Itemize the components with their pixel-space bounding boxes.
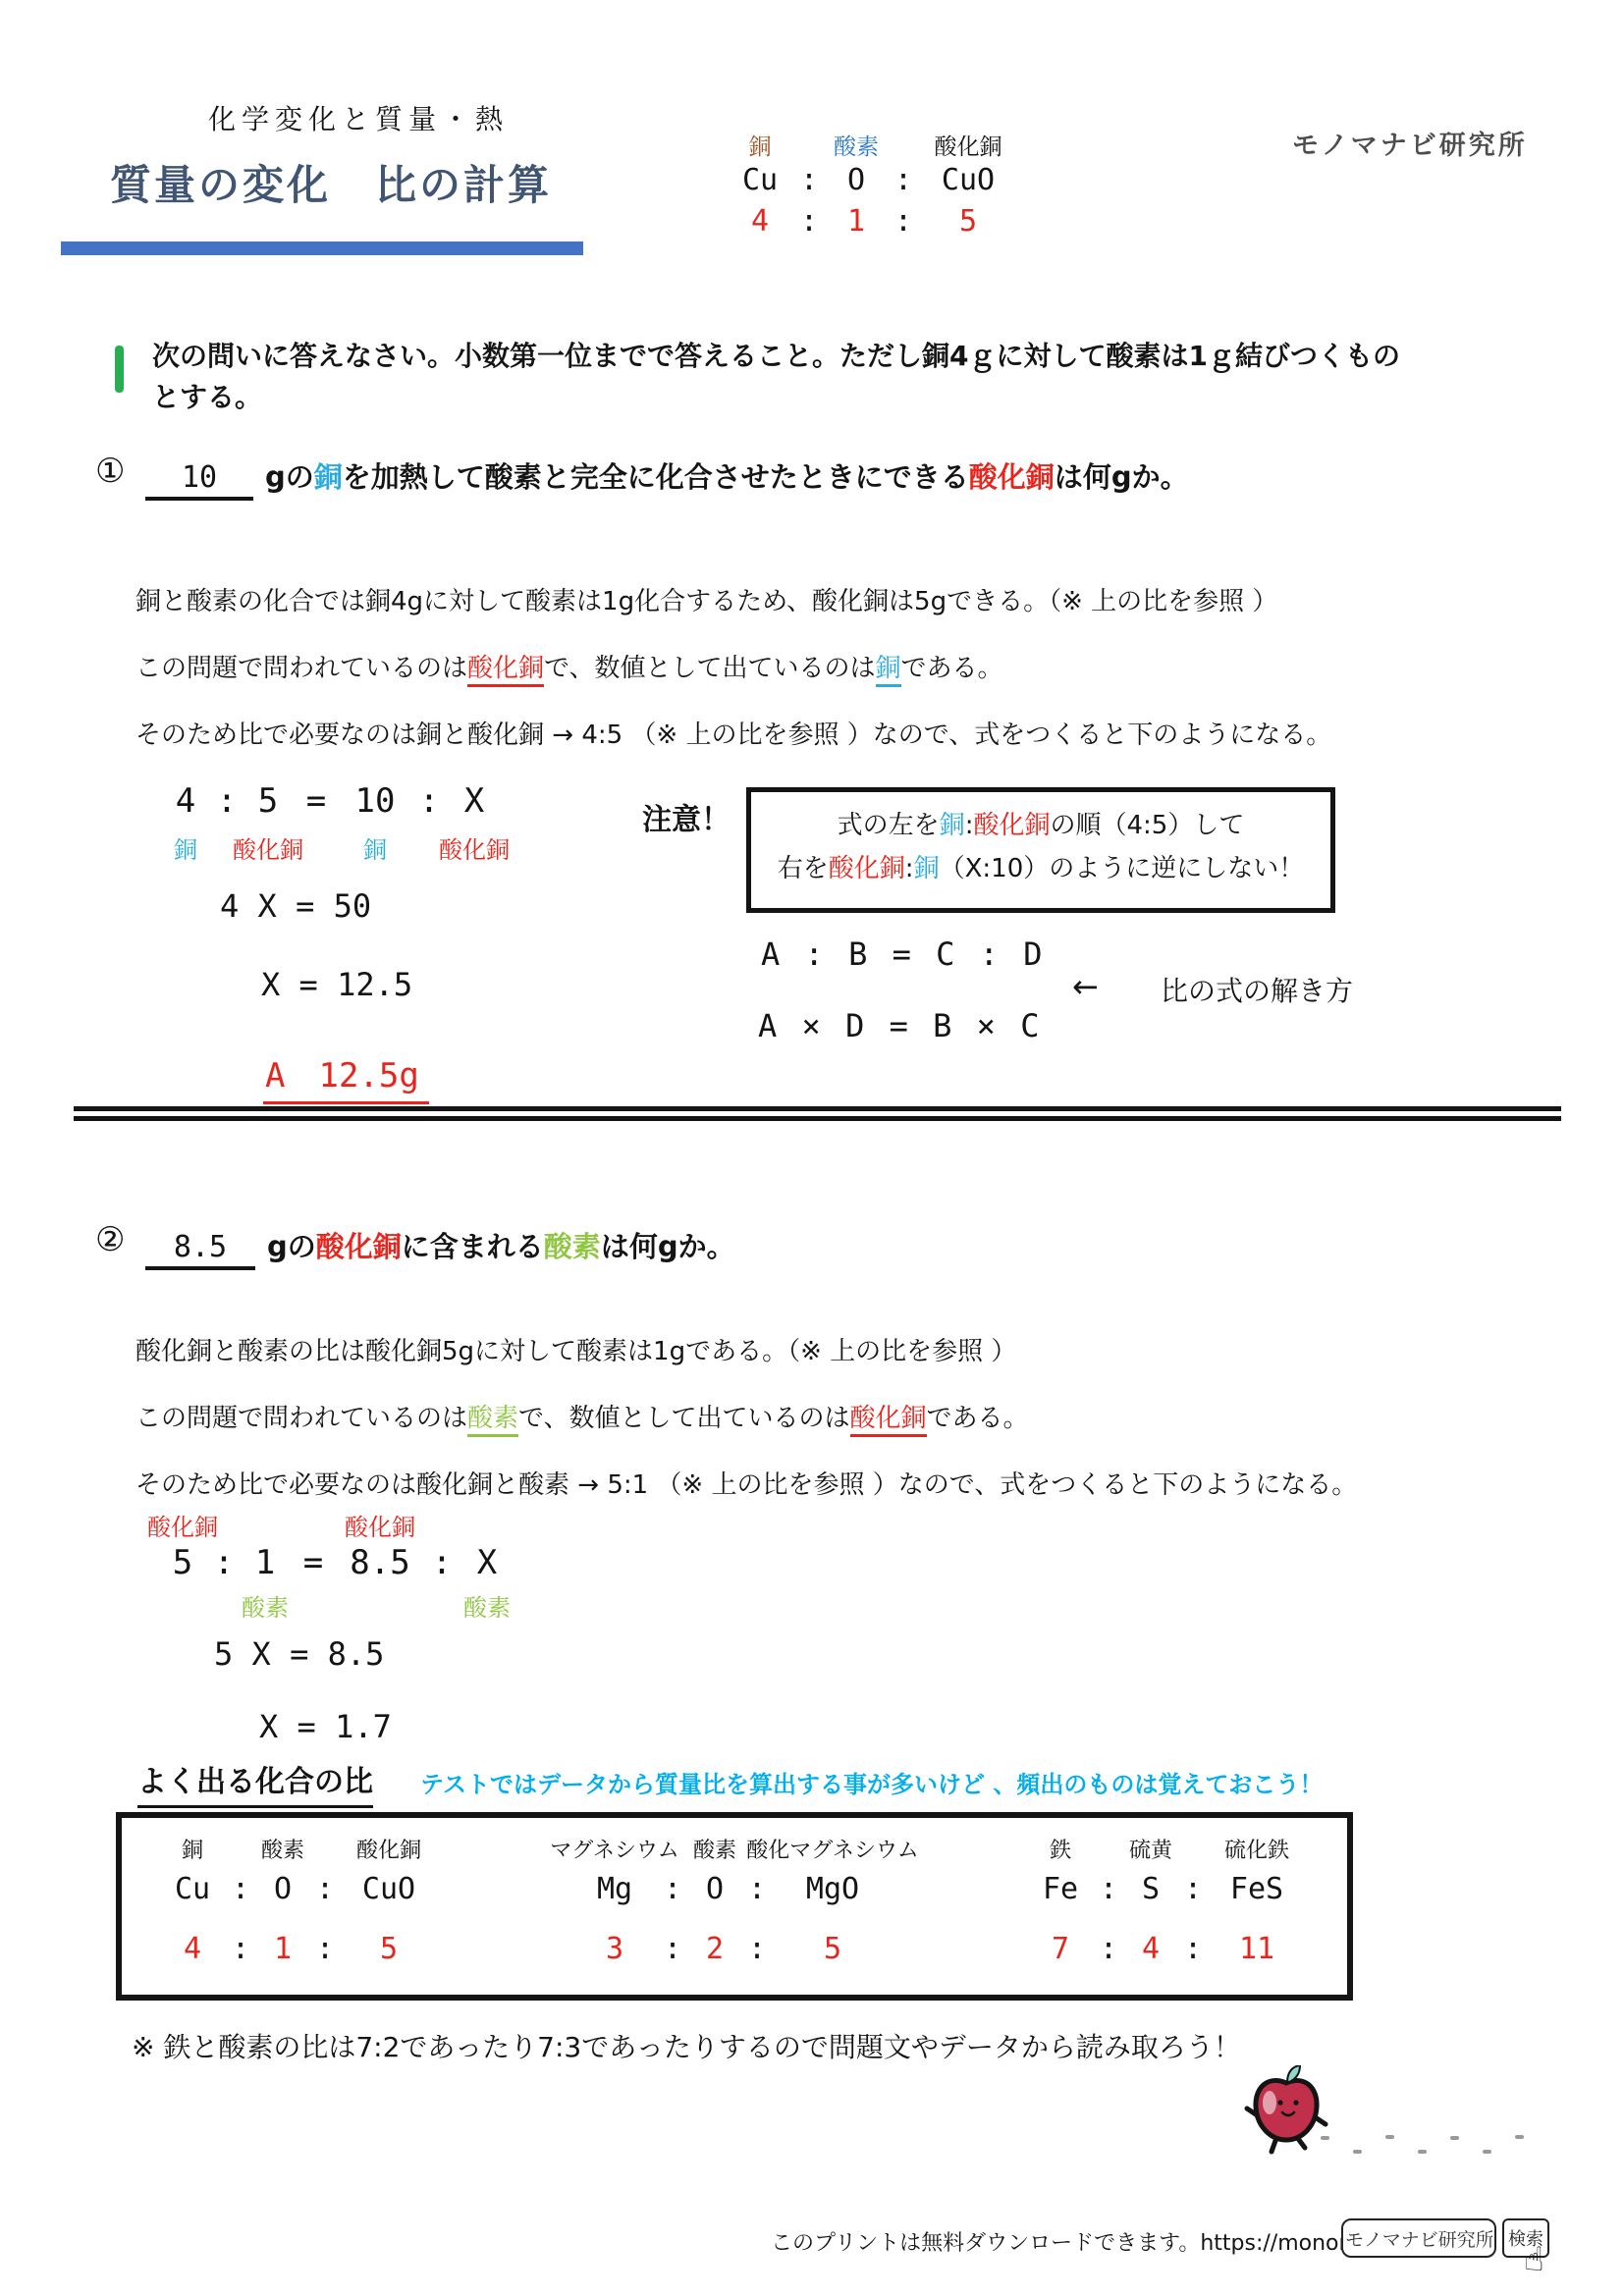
notice-label: 注意！ — [642, 795, 731, 838]
common-ratios-tip: テストではデータから質量比を算出する事が多いけど 、頻出のものは覚えておこう！ — [420, 1765, 1323, 1799]
q2-seg2: に含まれる — [402, 1230, 544, 1263]
colon: : — [1176, 1872, 1210, 1906]
q1-explanation-2: この問題で問われているのは酸化銅で、数値として出ているのは銅である。 — [135, 648, 1003, 684]
colon: : — [419, 1543, 464, 1582]
colon: : — [206, 781, 247, 821]
search-input[interactable] — [1341, 2218, 1496, 2258]
q1-exp2-mid: で、数値として出ているのは — [544, 654, 875, 683]
colon: : — [791, 163, 827, 198]
colon: : — [224, 1932, 257, 1966]
footprint-dot — [1483, 2150, 1491, 2154]
reference-ratio-symbols: Cu : O : CuO — [729, 163, 1015, 198]
colon: : — [1176, 1932, 1210, 1966]
notice-l2e: （X:10）のように逆にしない！ — [940, 854, 1305, 883]
question-2-blank: 8.5 — [145, 1217, 255, 1270]
group-names: 鉄 硫黄 硫化鉄 — [1029, 1834, 1304, 1864]
common-ratios-table: 銅 酸素 酸化銅 Cu : O : CuO 4 : 1 : 5 — [116, 1812, 1353, 2001]
name-magnesium-oxide: 酸化マグネシウム — [774, 1834, 892, 1864]
notice-line-2: 右を酸化銅:銅（X:10）のように逆にしない！ — [751, 847, 1330, 890]
ratio-group-copper: 銅 酸素 酸化銅 Cu : O : CuO 4 : 1 : 5 — [161, 1834, 436, 1995]
q2-equation-top-labels: 酸化銅 酸化銅 — [162, 1508, 510, 1542]
value-cu: 4 — [729, 204, 791, 240]
question-1-number: ① — [95, 452, 125, 491]
q1-equation-labels: 銅 酸化銅 銅 酸化銅 — [165, 830, 497, 865]
q1-seg1: gの — [265, 460, 314, 494]
apple-mascot-icon — [1239, 2065, 1337, 2160]
notice-copper: 銅 — [940, 811, 965, 840]
instruction-text: 次の問いに答えなさい。小数第一位までで答えること。ただし銅4ｇに対して酸素は1ｇ… — [152, 336, 1566, 418]
notice-l1a: 式の左を — [838, 811, 940, 840]
sym-s: S — [1125, 1872, 1176, 1906]
notice-oxide: 酸化銅 — [973, 811, 1050, 840]
val-cu: 4 — [161, 1932, 224, 1966]
q2-eq-8-5: 8.5 — [341, 1543, 419, 1582]
footprint-dot — [1515, 2135, 1524, 2139]
ratio-formula-1: A : B = C : D — [761, 935, 1042, 973]
q2-exp2-post: である。 — [927, 1404, 1029, 1433]
ratio-group-magnesium: マグネシウム 酸素 酸化マグネシウム Mg : O : MgO 3 : 2 : … — [573, 1834, 892, 1995]
val-o: 2 — [689, 1932, 740, 1966]
q1-eq-4: 4 — [165, 781, 206, 821]
q1-step-2: 4 X = 50 — [220, 887, 371, 925]
ratio-name-oxygen: 酸素 — [827, 133, 886, 161]
colon: : — [224, 1872, 257, 1906]
q1-exp2-post: である。 — [901, 654, 1003, 683]
q1-exp2-copper: 銅 — [876, 654, 901, 687]
notice-box: 式の左を銅:酸化銅の順（4:5）して 右を酸化銅:銅（X:10）のように逆にしな… — [746, 787, 1335, 913]
val-mgo: 5 — [774, 1932, 892, 1966]
name-oxygen: 酸素 — [689, 1834, 740, 1864]
colon: : — [308, 1932, 342, 1966]
q2-label-oxide-2: 酸化銅 — [341, 1508, 419, 1542]
reference-ratio: 銅 酸素 酸化銅 Cu : O : CuO 4 : 1 : 5 — [729, 133, 1015, 240]
q2-oxide: 酸化銅 — [316, 1230, 402, 1263]
notice-l1e: の順（4:5）して — [1050, 811, 1244, 840]
q2-exp2-oxide: 酸化銅 — [850, 1404, 927, 1437]
q2-eq-5: 5 — [162, 1543, 203, 1582]
q1-label-copper-2: 銅 — [344, 830, 406, 865]
val-o: 1 — [257, 1932, 308, 1966]
q1-label-copper-1: 銅 — [165, 830, 206, 865]
hand-cursor-icon: ☝ — [1524, 2240, 1544, 2279]
name-copper: 銅 — [161, 1834, 224, 1864]
colon: : — [1092, 1932, 1125, 1966]
reference-ratio-names: 銅 酸素 酸化銅 — [729, 133, 1015, 161]
colon: : — [308, 1872, 342, 1906]
symbol-cuo: CuO — [921, 163, 1015, 198]
question-2-text: gの酸化銅に含まれる酸素は何gか。 — [267, 1225, 735, 1265]
name-oxygen: 酸素 — [257, 1834, 308, 1864]
q2-exp2-mid: で、数値として出ているのは — [518, 1404, 849, 1433]
q1-eq-10: 10 — [344, 781, 406, 821]
title-underline-bar — [61, 241, 583, 255]
name-sulfur: 硫黄 — [1125, 1834, 1176, 1864]
colon: : — [656, 1872, 689, 1906]
colon: : — [1092, 1872, 1125, 1906]
group-values: 3 : 2 : 5 — [573, 1932, 892, 1966]
symbol-cu: Cu — [729, 163, 791, 198]
footprint-dot — [1385, 2135, 1394, 2139]
q1-seg3: は何gか。 — [1055, 460, 1189, 494]
q2-exp2-oxygen: 酸素 — [467, 1404, 518, 1437]
q1-oxide: 酸化銅 — [969, 460, 1055, 494]
equals: = — [289, 781, 344, 821]
footprint-dot — [1353, 2150, 1362, 2154]
q1-eq-5: 5 — [247, 781, 289, 821]
name-iron-sulfide: 硫化鉄 — [1210, 1834, 1304, 1864]
q2-exp2-pre: この問題で問われているのは — [135, 1404, 467, 1433]
colon: : — [406, 781, 452, 821]
q1-explanation-3: そのため比で必要なのは銅と酸化銅 → 4:5 （※ 上の比を参照 ）なので、式を… — [135, 715, 1331, 751]
q1-exp2-pre: この問題で問われているのは — [135, 654, 467, 683]
symbol-o: O — [827, 163, 886, 198]
colon: : — [740, 1872, 774, 1906]
ratio-name-oxide: 酸化銅 — [921, 133, 1015, 161]
notice-oxide-2: 酸化銅 — [829, 854, 905, 883]
name-copper-oxide: 酸化銅 — [342, 1834, 436, 1864]
value-cuo: 5 — [921, 204, 1015, 240]
group-values: 7 : 4 : 11 — [1029, 1932, 1304, 1966]
colon: : — [740, 1932, 774, 1966]
val-s: 4 — [1125, 1932, 1176, 1966]
q1-eq-x: X — [452, 781, 497, 821]
q2-equation-bottom-labels: 酸素 酸素 — [162, 1588, 510, 1623]
q1-step-3: X = 12.5 — [261, 966, 412, 1003]
q1-seg2: を加熱して酸素と完全に化合させたときにできる — [343, 460, 969, 494]
q1-equation-row: 4 : 5 = 10 : X — [165, 781, 497, 821]
colon: : — [905, 854, 914, 883]
group-names: マグネシウム 酸素 酸化マグネシウム — [573, 1834, 892, 1864]
group-names: 銅 酸素 酸化銅 — [161, 1834, 436, 1864]
common-ratios-heading: よく出る化合の比 — [137, 1757, 373, 1808]
instruction-line-2: とする。 — [152, 377, 1566, 418]
sym-fes: FeS — [1210, 1872, 1304, 1906]
group-symbols: Cu : O : CuO — [161, 1872, 436, 1906]
brand-logo: モノマナビ研究所 — [1292, 124, 1528, 162]
q2-eq-x: X — [464, 1543, 510, 1582]
sym-mgo: MgO — [774, 1872, 892, 1906]
q1-explanation-1: 銅と酸素の化合では銅4gに対して酸素は1g化合するため、酸化銅は5gできる。（※… — [135, 581, 1277, 617]
q1-label-oxide-1: 酸化銅 — [247, 830, 289, 865]
q2-oxygen: 酸素 — [544, 1230, 601, 1263]
sym-fe: Fe — [1029, 1872, 1092, 1906]
reference-ratio-values: 4 : 1 : 5 — [729, 204, 1015, 240]
q2-label-oxygen-2: 酸素 — [464, 1588, 510, 1623]
colon: : — [791, 204, 827, 240]
question-2-number: ② — [95, 1220, 125, 1259]
sym-cuo: CuO — [342, 1872, 436, 1906]
q2-explanation-1: 酸化銅と酸素の比は酸化銅5gに対して酸素は1gである。（※ 上の比を参照 ） — [135, 1331, 1016, 1367]
name-iron: 鉄 — [1029, 1834, 1092, 1864]
colon: : — [656, 1932, 689, 1966]
q2-equation-row: 5 : 1 = 8.5 : X — [162, 1543, 510, 1582]
q2-label-oxide-1: 酸化銅 — [162, 1508, 203, 1542]
group-symbols: Mg : O : MgO — [573, 1872, 892, 1906]
page-title: 質量の変化 比の計算 — [110, 153, 552, 212]
q2-explanation-3: そのため比で必要なのは酸化銅と酸素 → 5:1 （※ 上の比を参照 ）なので、式… — [135, 1465, 1357, 1501]
ratio-formula-2: A × D = B × C — [758, 1007, 1039, 1044]
group-values: 4 : 1 : 5 — [161, 1932, 436, 1966]
q1-copper: 銅 — [314, 460, 343, 494]
colon: : — [886, 204, 921, 240]
q2-seg3: は何gか。 — [601, 1230, 735, 1263]
worksheet-page: 化学変化と質量・熱 質量の変化 比の計算 モノマナビ研究所 銅 酸素 酸化銅 C… — [0, 0, 1624, 2296]
left-arrow-icon: ← — [1072, 968, 1099, 1005]
footprint-dot — [1321, 2136, 1329, 2140]
notice-copper-2: 銅 — [914, 854, 940, 883]
q2-label-oxygen-1: 酸素 — [244, 1588, 286, 1623]
question-1-blank: 10 — [145, 448, 253, 501]
val-cuo: 5 — [342, 1932, 436, 1966]
notice-l2a: 右を — [778, 854, 829, 883]
instruction-line-1: 次の問いに答えなさい。小数第一位までで答えること。ただし銅4ｇに対して酸素は1ｇ… — [152, 336, 1566, 377]
value-o: 1 — [827, 204, 886, 240]
q2-seg1: gの — [267, 1230, 316, 1263]
val-mg: 3 — [573, 1932, 656, 1966]
footprint-dot — [1450, 2136, 1459, 2140]
q2-explanation-2: この問題で問われているのは酸素で、数値として出ているのは酸化銅である。 — [135, 1398, 1029, 1434]
q2-eq-1: 1 — [244, 1543, 286, 1582]
ratio-name-copper: 銅 — [729, 133, 791, 161]
colon: : — [886, 163, 921, 198]
name-magnesium: マグネシウム — [573, 1834, 656, 1864]
ratio-group-iron: 鉄 硫黄 硫化鉄 Fe : S : FeS 7 : 4 : 11 — [1029, 1834, 1304, 1995]
ratio-formula-caption: 比の式の解き方 — [1161, 970, 1353, 1009]
sym-o: O — [689, 1872, 740, 1906]
q2-step-3: X = 1.7 — [259, 1708, 392, 1745]
sym-o: O — [257, 1872, 308, 1906]
sym-mg: Mg — [573, 1872, 656, 1906]
q1-answer: A 12.5g — [263, 1048, 429, 1104]
notice-line-1: 式の左を銅:酸化銅の順（4:5）して — [751, 804, 1330, 847]
val-fe: 7 — [1029, 1932, 1092, 1966]
footprint-dot — [1418, 2150, 1427, 2154]
section-divider — [74, 1106, 1561, 1121]
iron-oxygen-note: ※ 鉄と酸素の比は7:2であったり7:3であったりするので問題文やデータから読み… — [132, 2026, 1241, 2065]
colon: : — [203, 1543, 244, 1582]
equals: = — [286, 1543, 341, 1582]
instruction-accent-bar — [115, 346, 124, 393]
sym-cu: Cu — [161, 1872, 224, 1906]
question-1-text: gの銅を加熱して酸素と完全に化合させたときにできる酸化銅は何gか。 — [265, 455, 1189, 496]
val-fes: 11 — [1210, 1932, 1304, 1966]
unit-heading: 化学変化と質量・熱 — [208, 98, 509, 137]
q1-label-oxide-2: 酸化銅 — [452, 830, 497, 865]
q1-exp2-oxide: 酸化銅 — [467, 654, 544, 687]
group-symbols: Fe : S : FeS — [1029, 1872, 1304, 1906]
q2-step-2: 5 X = 8.5 — [214, 1635, 384, 1673]
